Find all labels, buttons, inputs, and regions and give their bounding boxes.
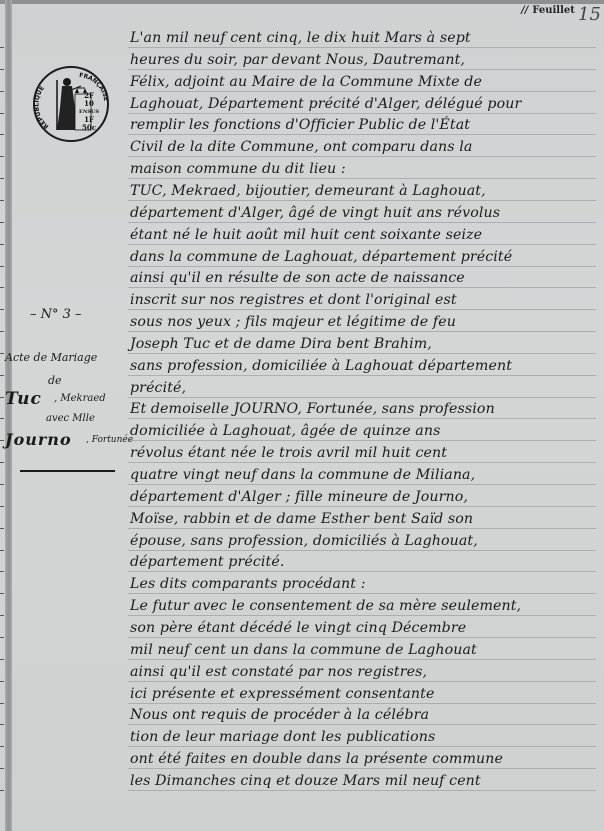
margin-tick (0, 724, 4, 725)
body-line: Civil de la dite Commune, ont comparu da… (130, 139, 472, 155)
margin-tick (0, 637, 4, 638)
body-line: ici présente et expressément consentante (130, 686, 434, 702)
ruled-line (128, 113, 596, 114)
ruled-line (128, 309, 596, 310)
feuillet-mark: // (521, 5, 528, 16)
margin-tick (0, 746, 4, 747)
body-line: Et demoiselle JOURNO, Fortunée, sans pro… (130, 401, 495, 417)
body-line: quatre vingt neuf dans la commune de Mil… (130, 467, 475, 483)
margin-tick (0, 550, 4, 551)
body-line: département d'Alger, âgé de vingt huit a… (130, 205, 500, 221)
ruled-line (128, 615, 596, 616)
margin-tick (0, 681, 4, 682)
ruled-line (128, 593, 596, 594)
ruled-line (128, 659, 596, 660)
binding-edge (5, 0, 12, 831)
margin-tick (0, 69, 4, 70)
body-line: département précité. (130, 554, 284, 570)
margin-tick (0, 615, 4, 616)
ruled-line (128, 462, 596, 463)
body-line: précité, (130, 380, 186, 396)
ruled-line (128, 528, 596, 529)
margin-tick (0, 768, 4, 769)
ruled-line (128, 550, 596, 551)
margin-tick (0, 113, 4, 114)
body-line: sous nos yeux ; fils majeur et légitime … (130, 314, 456, 330)
body-line: Nous ont requis de procéder à la célébra (130, 707, 429, 723)
body-line: inscrit sur nos registres et dont l'orig… (130, 292, 457, 308)
body-line: TUC, Mekraed, bijoutier, demeurant à Lag… (130, 183, 486, 199)
margin-tick (0, 309, 4, 310)
ruled-line (128, 91, 596, 92)
bride-given-name: , Fortunée (86, 435, 133, 445)
margin-tick (0, 703, 4, 704)
margin-tick (0, 462, 4, 463)
body-line: mil neuf cent un dans la commune de Lagh… (130, 642, 477, 658)
body-line: Félix, adjoint au Maire de la Commune Mi… (130, 74, 482, 90)
folio-number: 15 (578, 4, 601, 25)
body-line: ainsi qu'il en résulte de son acte de na… (130, 270, 465, 286)
margin-tick (0, 156, 4, 157)
body-line: son père étant décédé le vingt cinq Déce… (130, 620, 466, 636)
body-line: Les dits comparants procédant : (130, 576, 366, 592)
ruled-line (128, 178, 596, 179)
feuillet-header: //Feuillet (521, 5, 575, 16)
ruled-line (128, 768, 596, 769)
body-line: remplir les fonctions d'Officier Public … (130, 117, 470, 133)
bride-surname: Journo (5, 430, 72, 449)
ruled-line (128, 287, 596, 288)
body-line: épouse, sans profession, domiciliés à La… (130, 533, 478, 549)
avec-label: avec Mlle (46, 413, 95, 424)
body-line: Laghouat, Département précité d'Alger, d… (130, 96, 521, 112)
ruled-line (128, 506, 596, 507)
ruled-line (128, 440, 596, 441)
margin-tick (0, 200, 4, 201)
body-line: Le futur avec le consentement de sa mère… (130, 598, 521, 614)
body-line: dans la commune de Laghouat, département… (130, 249, 512, 265)
ruled-line (128, 200, 596, 201)
act-de: de (48, 374, 62, 387)
margin-tick (0, 397, 4, 398)
margin-tick (0, 571, 4, 572)
act-number: – N° 3 – (30, 307, 82, 322)
groom-surname: Tuc (5, 389, 42, 409)
ruled-line (128, 47, 596, 48)
margin-tick (0, 91, 4, 92)
body-line: les Dimanches cinq et douze Mars mil neu… (130, 773, 481, 789)
document-page: //Feuillet 15 REPUBLIQUE FRANÇAISE 2F 10… (0, 0, 604, 831)
body-line: L'an mil neuf cent cinq, le dix huit Mar… (130, 30, 471, 46)
ruled-line (128, 397, 596, 398)
body-line: Joseph Tuc et de dame Dira bent Brahim, (130, 336, 432, 352)
ruled-line (128, 724, 596, 725)
body-line: heures du soir, par devant Nous, Dautrem… (130, 52, 465, 68)
margin-tick (0, 790, 4, 791)
ruled-line (128, 571, 596, 572)
body-line: tion de leur mariage dont les publicatio… (130, 729, 435, 745)
body-line: sans profession, domiciliée à Laghouat d… (130, 358, 512, 374)
page-top-edge (0, 0, 604, 4)
margin-tick (0, 47, 4, 48)
ruled-line (128, 703, 596, 704)
body-line: domiciliée à Laghouat, âgée de quinze an… (130, 423, 440, 439)
body-line: révolus étant née le trois avril mil hui… (130, 445, 447, 461)
margin-divider (20, 470, 115, 472)
body-line: département d'Alger ; fille mineure de J… (130, 489, 468, 505)
ruled-line (128, 681, 596, 682)
body-line: ont été faites en double dans la présent… (130, 751, 503, 767)
margin-tick (0, 331, 4, 332)
act-title: Acte de Mariage (5, 351, 97, 364)
margin-tick (0, 244, 4, 245)
body-line: ainsi qu'il est constaté par nos registr… (130, 664, 427, 680)
groom-given-name: , Mekraed (54, 393, 106, 404)
margin-tick (0, 528, 4, 529)
ruled-line (128, 69, 596, 70)
margin-tick (0, 353, 4, 354)
tax-stamp: REPUBLIQUE FRANÇAISE 2F 10 ENSUS 1F 50c (33, 66, 109, 142)
ruled-line (128, 790, 596, 791)
ruled-line (128, 637, 596, 638)
body-line: étant né le huit août mil huit cent soix… (130, 227, 482, 243)
margin-tick (0, 593, 4, 594)
margin-tick (0, 484, 4, 485)
margin-tick (0, 506, 4, 507)
ruled-line (128, 353, 596, 354)
stamp-denomination: 2F 10 ENSUS 1F 50c (78, 92, 100, 132)
margin-tick (0, 375, 4, 376)
ruled-line (128, 244, 596, 245)
margin-tick (0, 440, 4, 441)
ruled-line (128, 222, 596, 223)
ruled-line (128, 418, 596, 419)
ruled-line (128, 331, 596, 332)
svg-text:REPUBLIQUE: REPUBLIQUE (35, 85, 50, 130)
body-line: Moïse, rabbin et de dame Esther bent Saï… (130, 511, 473, 527)
ruled-line (128, 266, 596, 267)
feuillet-label: Feuillet (532, 5, 575, 16)
margin-tick (0, 222, 4, 223)
ruled-line (128, 484, 596, 485)
ruled-line (128, 134, 596, 135)
body-line: maison commune du dit lieu : (130, 161, 346, 177)
ruled-line (128, 375, 596, 376)
ruled-line (128, 746, 596, 747)
margin-tick (0, 266, 4, 267)
margin-tick (0, 418, 4, 419)
margin-tick (0, 134, 4, 135)
ruled-line (128, 156, 596, 157)
margin-tick (0, 178, 4, 179)
margin-tick (0, 659, 4, 660)
margin-tick (0, 287, 4, 288)
